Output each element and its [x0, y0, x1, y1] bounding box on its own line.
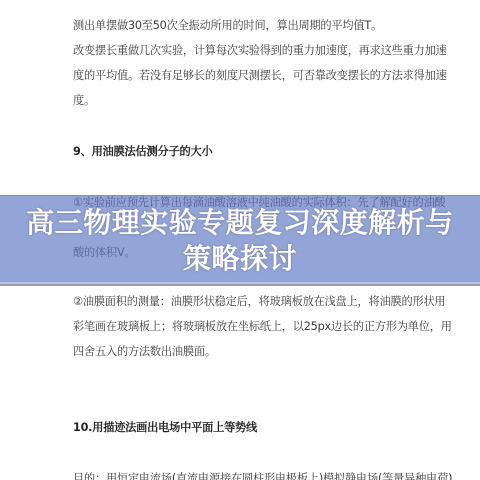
text-line: 四舍五入的方法数出油膜面。 — [73, 345, 413, 359]
text-line: 彩笔画在玻璃板上；将玻璃板放在坐标纸上，以25px边长的正方形为单位，用 — [73, 320, 413, 334]
text-line: ②油膜面积的测量：油膜形状稳定后，将玻璃板放在浅盘上，将油膜的形状用 — [73, 295, 413, 309]
title-banner: ①实验前应预先计算出每滴油酸溶液中纯油酸的实际体积：先了解配好的油酸 酸的体积V… — [0, 195, 480, 282]
text-line: 改变摆长重做几次实验，计算每次实验得到的重力加速度，再求这些重力加速 — [73, 44, 413, 58]
text-line-partial: 目的：用恒定电流场(直流电源接在圆柱形电极板上)模拟静电场(等量异种电荷) — [73, 472, 413, 480]
section-10-heading: 10.用描迹法画出电场中平面上等势线 — [73, 421, 257, 435]
text-line: 度的平均值。若没有足够长的刻度尺测摆长，可否靠改变摆长的方法求得加速 — [73, 69, 413, 83]
text-line: 度。 — [73, 94, 413, 108]
banner-title-line-2: 策略探讨 — [0, 242, 480, 276]
text-line: 测出单摆做30至50次全振动所用的时间，算出周期的平均值T。 — [73, 19, 413, 33]
section-9-heading: 9、用油膜法估测分子的大小 — [73, 145, 212, 159]
banner-title-line-1: 高三物理实验专题复习深度解析与 — [0, 206, 480, 240]
banner-bottom-border — [0, 282, 480, 286]
